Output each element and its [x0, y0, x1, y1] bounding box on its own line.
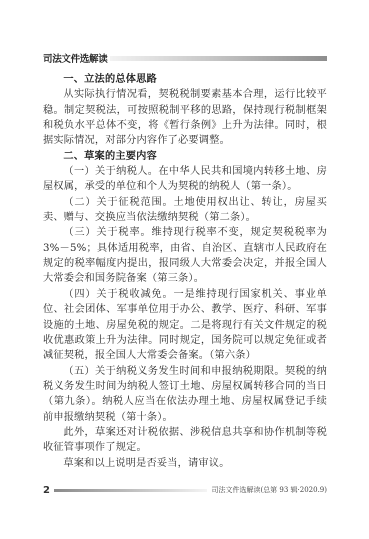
running-header-title: 司法文件选解读 — [43, 51, 107, 65]
document-body: 一、立法的总体思路 从实际执行情况看，契税税制要素基本合理，运行比较平稳。制定契… — [43, 72, 327, 471]
footer-rule — [54, 489, 207, 492]
paragraph: （五）关于纳税义务发生时间和申报纳税期限。契税的纳税义务发生时间为纳税人签订土地… — [43, 364, 327, 425]
running-footer: 2 司法文件选解读(总第 93 辑·2020.9) — [43, 483, 327, 497]
paragraph: （三）关于税率。维持现行税率不变，规定契税税率为3%－5%；具体适用税率，由省、… — [43, 225, 327, 286]
paragraph: （二）关于征税范围。土地使用权出让、转让，房屋买卖、赠与、交换应当依法缴纳契税（… — [43, 195, 327, 226]
section-heading: 二、草案的主要内容 — [43, 149, 327, 164]
journal-issue: 司法文件选解读(总第 93 辑·2020.9) — [211, 485, 327, 495]
page-number: 2 — [43, 485, 50, 496]
section-heading: 一、立法的总体思路 — [43, 72, 327, 87]
header-rule — [110, 56, 327, 61]
paragraph: 此外，草案还对计税依据、涉税信息共享和协作机制等税收征管事项作了规定。 — [43, 425, 327, 456]
paragraph: （一）关于纳税人。在中华人民共和国境内转移土地、房屋权属，承受的单位和个人为契税… — [43, 164, 327, 195]
paragraph: （四）关于税收减免。一是维持现行国家机关、事业单位、社会团体、军事单位用于办公、… — [43, 287, 327, 364]
paragraph: 从实际执行情况看，契税税制要素基本合理，运行比较平稳。制定契税法，可按照税制平移… — [43, 87, 327, 148]
running-header: 司法文件选解读 — [43, 52, 327, 64]
paragraph: 草案和以上说明是否妥当，请审议。 — [43, 456, 327, 471]
